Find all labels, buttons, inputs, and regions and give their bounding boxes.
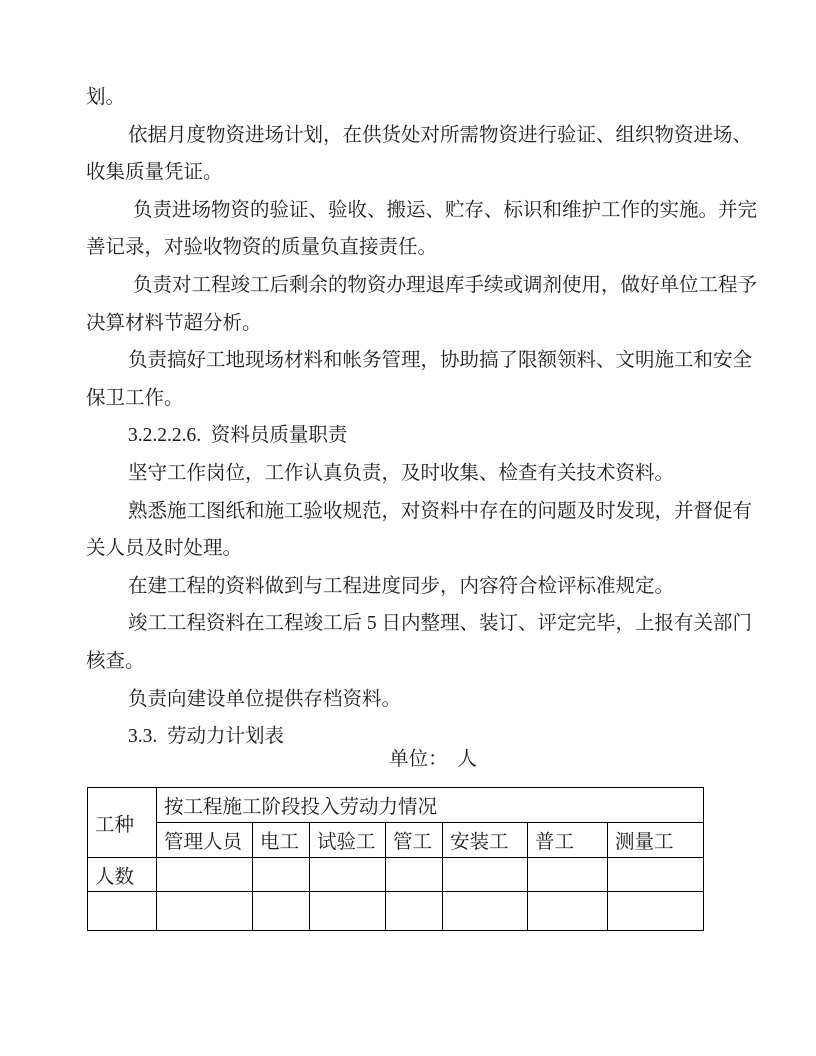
text-line: 负责搞好工地现场材料和帐务管理，协助搞了限额领料、文明施工和安全 [86, 342, 732, 380]
text-line: 坚守工作岗位，工作认真负责，及时收集、检查有关技术资料。 [86, 455, 732, 493]
text-line: 熟悉施工图纸和施工验收规范，对资料中存在的问题及时发现，并督促有 [86, 493, 732, 531]
column-header-cell: 管工 [386, 823, 443, 858]
empty-cell [608, 892, 704, 931]
labor-plan-table: 工种 按工程施工阶段投入劳动力情况 管理人员 电工 试验工 管工 安装工 普工 … [87, 787, 704, 931]
text-line: 划。 [86, 79, 732, 117]
empty-cell [157, 858, 253, 892]
empty-cell [253, 892, 310, 931]
column-header-cell: 测量工 [608, 823, 704, 858]
column-header-cell: 管理人员 [157, 823, 253, 858]
empty-cell [528, 892, 608, 931]
column-header-cell: 电工 [253, 823, 310, 858]
empty-cell [528, 858, 608, 892]
column-header-cell: 试验工 [310, 823, 386, 858]
empty-cell [253, 858, 310, 892]
document-page: 划。 依据月度物资进场计划，在供货处对所需物资进行验证、组织物资进场、 收集质量… [0, 0, 816, 1056]
text-line: 关人员及时处理。 [86, 530, 732, 568]
text-line: 依据月度物资进场计划，在供货处对所需物资进行验证、组织物资进场、 [86, 117, 732, 155]
section-heading: 3.2.2.2.6. 资料员质量职责 [86, 417, 732, 455]
unit-note: 单位： 人 [86, 746, 732, 774]
body-text: 划。 依据月度物资进场计划，在供货处对所需物资进行验证、组织物资进场、 收集质量… [86, 79, 732, 756]
empty-cell [157, 892, 253, 931]
empty-cell [443, 892, 528, 931]
empty-cell [310, 858, 386, 892]
text-line: 决算材料节超分析。 [86, 305, 732, 343]
text-line: 收集质量凭证。 [86, 154, 732, 192]
empty-cell [386, 892, 443, 931]
empty-cell [608, 858, 704, 892]
text-line: 负责进场物资的验证、验收、搬运、贮存、标识和维护工作的实施。并完 [86, 192, 732, 230]
text-line: 在建工程的资料做到与工程进度同步，内容符合检评标准规定。 [86, 568, 732, 606]
column-header-cell: 安装工 [443, 823, 528, 858]
empty-cell [88, 892, 157, 931]
empty-cell [443, 858, 528, 892]
text-line: 核查。 [86, 643, 732, 681]
text-line: 善记录，对验收物资的质量负直接责任。 [86, 229, 732, 267]
text-line: 竣工工程资料在工程竣工后 5 日内整理、装订、评定完毕，上报有关部门 [86, 605, 732, 643]
text-line: 负责对工程竣工后剩余的物资办理退库手续或调剂使用，做好单位工程予 [86, 267, 732, 305]
text-line: 保卫工作。 [86, 380, 732, 418]
span-header-cell: 按工程施工阶段投入劳动力情况 [157, 788, 704, 823]
empty-cell [386, 858, 443, 892]
row-label-cell: 人数 [88, 858, 157, 892]
corner-header-cell: 工种 [88, 788, 157, 858]
text-line: 负责向建设单位提供存档资料。 [86, 681, 732, 719]
column-header-cell: 普工 [528, 823, 608, 858]
empty-cell [310, 892, 386, 931]
